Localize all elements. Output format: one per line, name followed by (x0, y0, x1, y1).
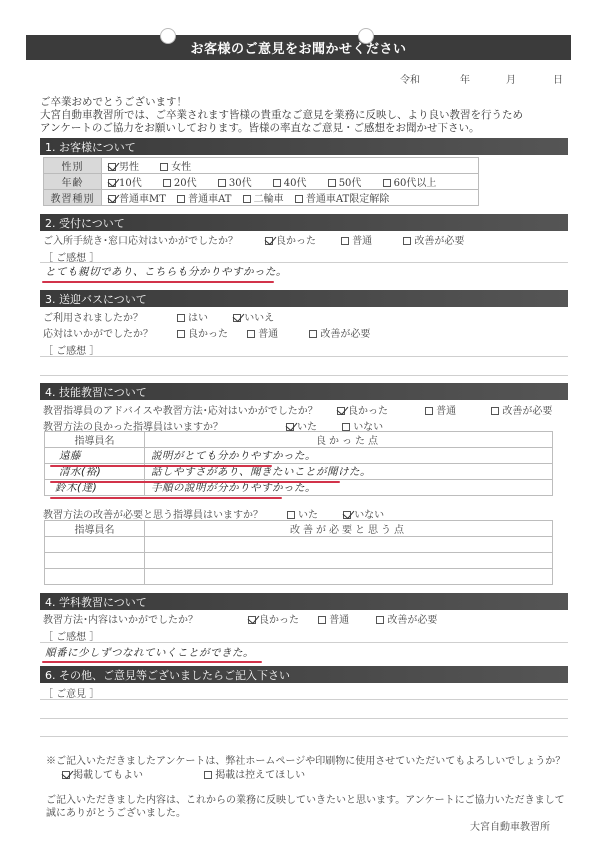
option-10s[interactable]: 10代 (108, 174, 142, 189)
option-20s[interactable]: 20代 (163, 174, 197, 189)
checkbox-icon[interactable] (204, 771, 212, 779)
section-heading: 4. 技能教習について (45, 384, 147, 400)
divider (40, 356, 568, 357)
option-normal[interactable]: 普通 (425, 402, 456, 417)
punch-hole-left (160, 28, 176, 44)
column-header-improve-points: 改善が必要と思う点 (145, 521, 553, 537)
option-female[interactable]: 女性 (160, 158, 191, 173)
closing-line-2: 誠にありがとうございました。 (46, 804, 186, 819)
comment-label: ［ ご感想 ］ (43, 628, 99, 643)
customer-info-table: 性別 男性 女性 年齢 10代 20代 30代 40代 50代 60代以上 教習… (43, 157, 479, 206)
option-label: 改善が必要 (387, 615, 437, 626)
option-motorcycle[interactable]: 二輪車 (243, 190, 284, 205)
table-row (45, 553, 553, 569)
checkbox-icon[interactable] (337, 407, 345, 415)
section-heading: 6. その他、ご意見等ございましたらご記入下さい (45, 667, 290, 683)
title-band: お客様のご意見をお聞かせください (26, 35, 571, 60)
option-no[interactable]: いいえ (233, 309, 274, 324)
checkbox-icon[interactable] (342, 423, 350, 431)
form-title: お客様のご意見をお聞かせください (26, 38, 571, 57)
comment-line[interactable] (40, 375, 568, 376)
section-4-header: 4. 技能教習について (40, 383, 568, 400)
checkbox-icon[interactable] (273, 179, 281, 187)
intro-line: ご卒業おめでとうございます！ (40, 96, 523, 109)
option-yes[interactable]: はい (177, 309, 208, 324)
table-row (45, 537, 553, 553)
checkbox-icon[interactable] (295, 195, 303, 203)
checkbox-icon[interactable] (243, 195, 251, 203)
bus-use-question: ご利用されましたか？ (43, 309, 143, 324)
classroom-comment[interactable]: 順番に少しずつなれていくことができた。 (45, 645, 254, 660)
improve-instructor-question: 教習方法の改善が必要と思う指導員はいますか？ (43, 506, 263, 521)
good-instructor-table: 指導員名 良かった点 遠藤 説明がとても分かりやすかった。 清水(裕) 話しやす… (44, 431, 553, 496)
instructor-options: 良かった 普通 改善が必要 (337, 402, 552, 417)
option-label: 男性 (119, 162, 139, 173)
red-underline (42, 281, 274, 283)
checkbox-icon[interactable] (108, 195, 116, 203)
option-label: 改善が必要 (320, 329, 370, 340)
comment-line[interactable] (40, 718, 568, 719)
option-label: 改善が必要 (502, 406, 552, 417)
date-day: 日 (553, 71, 563, 86)
option-publish-no[interactable]: 掲載は控えてほしい (204, 766, 305, 781)
checkbox-icon[interactable] (343, 511, 351, 519)
comment-line[interactable] (40, 736, 568, 737)
table-row: 遠藤 説明がとても分かりやすかった。 (45, 448, 553, 464)
red-underline (50, 481, 340, 483)
option-good[interactable]: 良かった (177, 325, 228, 340)
option-needs-improvement[interactable]: 改善が必要 (309, 325, 370, 340)
checkbox-icon[interactable] (309, 330, 317, 338)
publish-options: 掲載してもよい 掲載は控えてほしい (62, 766, 321, 781)
reception-question: ご入所手続き･窓口応対はいかがでしたか？ (43, 232, 238, 247)
option-label: 普通 (258, 329, 278, 340)
improve-instructor-table: 指導員名 改善が必要と思う点 (44, 520, 553, 585)
section-5-header: 4. 学科教習について (40, 593, 568, 610)
option-60s-plus[interactable]: 60代以上 (383, 174, 437, 189)
option-label: 普通車MT (119, 194, 166, 205)
date-year: 年 (460, 71, 470, 86)
checkbox-icon[interactable] (247, 330, 255, 338)
column-header-name: 指導員名 (45, 432, 145, 448)
option-40s[interactable]: 40代 (273, 174, 307, 189)
comment-label: ［ ご感想 ］ (43, 342, 99, 357)
option-label: 良かった (188, 329, 228, 340)
option-good[interactable]: 良かった (265, 232, 316, 247)
section-heading: 2. 受付について (45, 215, 125, 231)
checkbox-icon[interactable] (425, 407, 433, 415)
red-underline (42, 661, 262, 663)
reception-comment[interactable]: とても親切であり、こちらも分かりやすかった。 (45, 264, 287, 279)
option-publish-ok[interactable]: 掲載してもよい (62, 766, 143, 781)
option-male[interactable]: 男性 (108, 158, 139, 173)
red-underline (50, 497, 282, 499)
option-label: 10代 (119, 178, 142, 189)
option-label: 良かった (348, 406, 388, 417)
option-50s[interactable]: 50代 (328, 174, 362, 189)
section-heading: 4. 学科教習について (45, 594, 147, 610)
option-label: 普通車AT限定解除 (306, 194, 389, 205)
option-label: 普通 (352, 236, 372, 247)
date-month: 月 (506, 71, 516, 86)
option-normal[interactable]: 普通 (318, 611, 349, 626)
classroom-question: 教習方法･内容はいかがでしたか？ (43, 611, 198, 626)
divider (40, 642, 568, 643)
good-point[interactable]: 手順の説明が分かりやすかった。 (145, 482, 316, 494)
option-label: 60代以上 (394, 178, 437, 189)
improve-point-cell[interactable] (145, 537, 553, 553)
reception-options: 良かった 普通 改善が必要 (265, 232, 480, 247)
option-good[interactable]: 良かった (337, 402, 388, 417)
table-header-row: 指導員名 良かった点 (45, 432, 553, 448)
checkbox-icon[interactable] (62, 771, 70, 779)
classroom-options: 良かった 普通 改善が必要 (248, 611, 453, 626)
option-label: 良かった (276, 236, 316, 247)
intro-text: ご卒業おめでとうございます！ 大宮自動車教習所では、ご卒業されます皆様の貴重なご… (40, 96, 523, 135)
option-label: はい (188, 313, 208, 324)
checkbox-icon[interactable] (177, 314, 185, 322)
section-heading: 1. お客様について (45, 139, 136, 155)
gender-row: 性別 男性 女性 (44, 158, 479, 174)
section-1-header: 1. お客様について (40, 138, 568, 155)
column-header-name: 指導員名 (45, 521, 145, 537)
divider (40, 699, 568, 700)
checkbox-icon[interactable] (286, 423, 294, 431)
option-label: 40代 (284, 178, 307, 189)
option-good[interactable]: 良かった (248, 611, 299, 626)
instructor-name[interactable]: 遠藤 (45, 450, 81, 462)
date-era: 令和 (400, 71, 420, 86)
checkbox-icon[interactable] (108, 163, 116, 171)
option-normal[interactable]: 普通 (341, 232, 372, 247)
punch-hole-right (358, 28, 374, 44)
checkbox-icon[interactable] (218, 179, 226, 187)
improve-instructor-options: いた いない (287, 506, 400, 521)
option-needs-improvement[interactable]: 改善が必要 (403, 232, 464, 247)
option-label: 掲載してもよい (73, 770, 143, 781)
bus-service-options: 良かった 普通 改善が必要 (177, 325, 386, 340)
instructor-name-cell[interactable] (45, 553, 145, 569)
section-heading: 3. 送迎バスについて (45, 291, 147, 307)
improve-point-cell[interactable] (145, 569, 553, 585)
row-label: 性別 (44, 158, 102, 174)
signature: 大宮自動車教習所 (470, 818, 550, 833)
instructor-question: 教習指導員のアドバイスや教習方法･応対はいかがでしたか？ (43, 402, 318, 417)
good-point[interactable]: 話しやすさがあり、聞きたいことが聞けた。 (145, 466, 371, 478)
option-at-limit-release[interactable]: 普通車AT限定解除 (295, 190, 389, 205)
option-label: 二輪車 (254, 194, 284, 205)
option-yes[interactable]: いた (287, 506, 318, 521)
table-header-row: 指導員名 改善が必要と思う点 (45, 521, 553, 537)
checkbox-icon[interactable] (248, 616, 256, 624)
table-row (45, 569, 553, 585)
option-label: いいえ (244, 313, 274, 324)
bus-use-options: はい いいえ (177, 309, 290, 324)
option-label: 掲載は控えてほしい (215, 770, 305, 781)
checkbox-icon[interactable] (341, 237, 349, 245)
row-label: 教習種別 (44, 190, 102, 206)
option-label: 50代 (339, 178, 362, 189)
option-label: 20代 (174, 178, 197, 189)
checkbox-icon[interactable] (383, 179, 391, 187)
checkbox-icon[interactable] (287, 511, 295, 519)
intro-line: アンケートのご協力をお願いしております。皆様の率直なご意見・ご感想をお聞かせ下さ… (40, 122, 523, 135)
checkbox-icon[interactable] (177, 330, 185, 338)
comment-label: ［ ご意見 ］ (43, 685, 99, 700)
intro-line: 大宮自動車教習所では、ご卒業されます皆様の貴重なご意見を業務に反映し、より良い教… (40, 109, 523, 122)
instructor-name-cell[interactable] (45, 537, 145, 553)
option-label: 改善が必要 (414, 236, 464, 247)
section-6-header: 6. その他、ご意見等ございましたらご記入下さい (40, 666, 568, 683)
improve-point-cell[interactable] (145, 553, 553, 569)
instructor-name[interactable]: 清水(裕) (45, 466, 101, 478)
instructor-name-cell[interactable] (45, 569, 145, 585)
option-needs-improvement[interactable]: 改善が必要 (491, 402, 552, 417)
divider (40, 262, 568, 263)
section-2-header: 2. 受付について (40, 214, 568, 231)
publish-question: ※ご記入いただきましたアンケートは、弊社ホームページや印刷物に使用させていただい… (46, 752, 565, 767)
checkbox-icon[interactable] (376, 616, 384, 624)
checkbox-icon[interactable] (318, 616, 326, 624)
checkbox-icon[interactable] (403, 237, 411, 245)
checkbox-icon[interactable] (160, 163, 168, 171)
option-mt[interactable]: 普通車MT (108, 190, 166, 205)
instructor-name[interactable]: 鈴木(達) (45, 482, 97, 494)
checkbox-icon[interactable] (177, 195, 185, 203)
option-label: 30代 (229, 178, 252, 189)
checkbox-icon[interactable] (265, 237, 273, 245)
age-row: 年齢 10代 20代 30代 40代 50代 60代以上 (44, 174, 479, 190)
row-label: 年齢 (44, 174, 102, 190)
section-3-header: 3. 送迎バスについて (40, 290, 568, 307)
checkbox-icon[interactable] (108, 179, 116, 187)
option-label: 普通 (329, 615, 349, 626)
checkbox-icon[interactable] (163, 179, 171, 187)
bus-service-question: 応対はいかがでしたか？ (43, 325, 153, 340)
checkbox-icon[interactable] (491, 407, 499, 415)
checkbox-icon[interactable] (233, 314, 241, 322)
option-no[interactable]: いない (343, 506, 384, 521)
checkbox-icon[interactable] (328, 179, 336, 187)
option-needs-improvement[interactable]: 改善が必要 (376, 611, 437, 626)
option-label: 良かった (259, 615, 299, 626)
option-at[interactable]: 普通車AT (177, 190, 231, 205)
option-label: 女性 (171, 162, 191, 173)
red-underline (50, 465, 272, 467)
good-point[interactable]: 説明がとても分かりやすかった。 (145, 450, 316, 462)
option-normal[interactable]: 普通 (247, 325, 278, 340)
column-header-good-points: 良かった点 (145, 432, 553, 448)
option-label: 普通車AT (188, 194, 231, 205)
option-label: 普通 (436, 406, 456, 417)
option-30s[interactable]: 30代 (218, 174, 252, 189)
course-type-row: 教習種別 普通車MT 普通車AT 二輪車 普通車AT限定解除 (44, 190, 479, 206)
